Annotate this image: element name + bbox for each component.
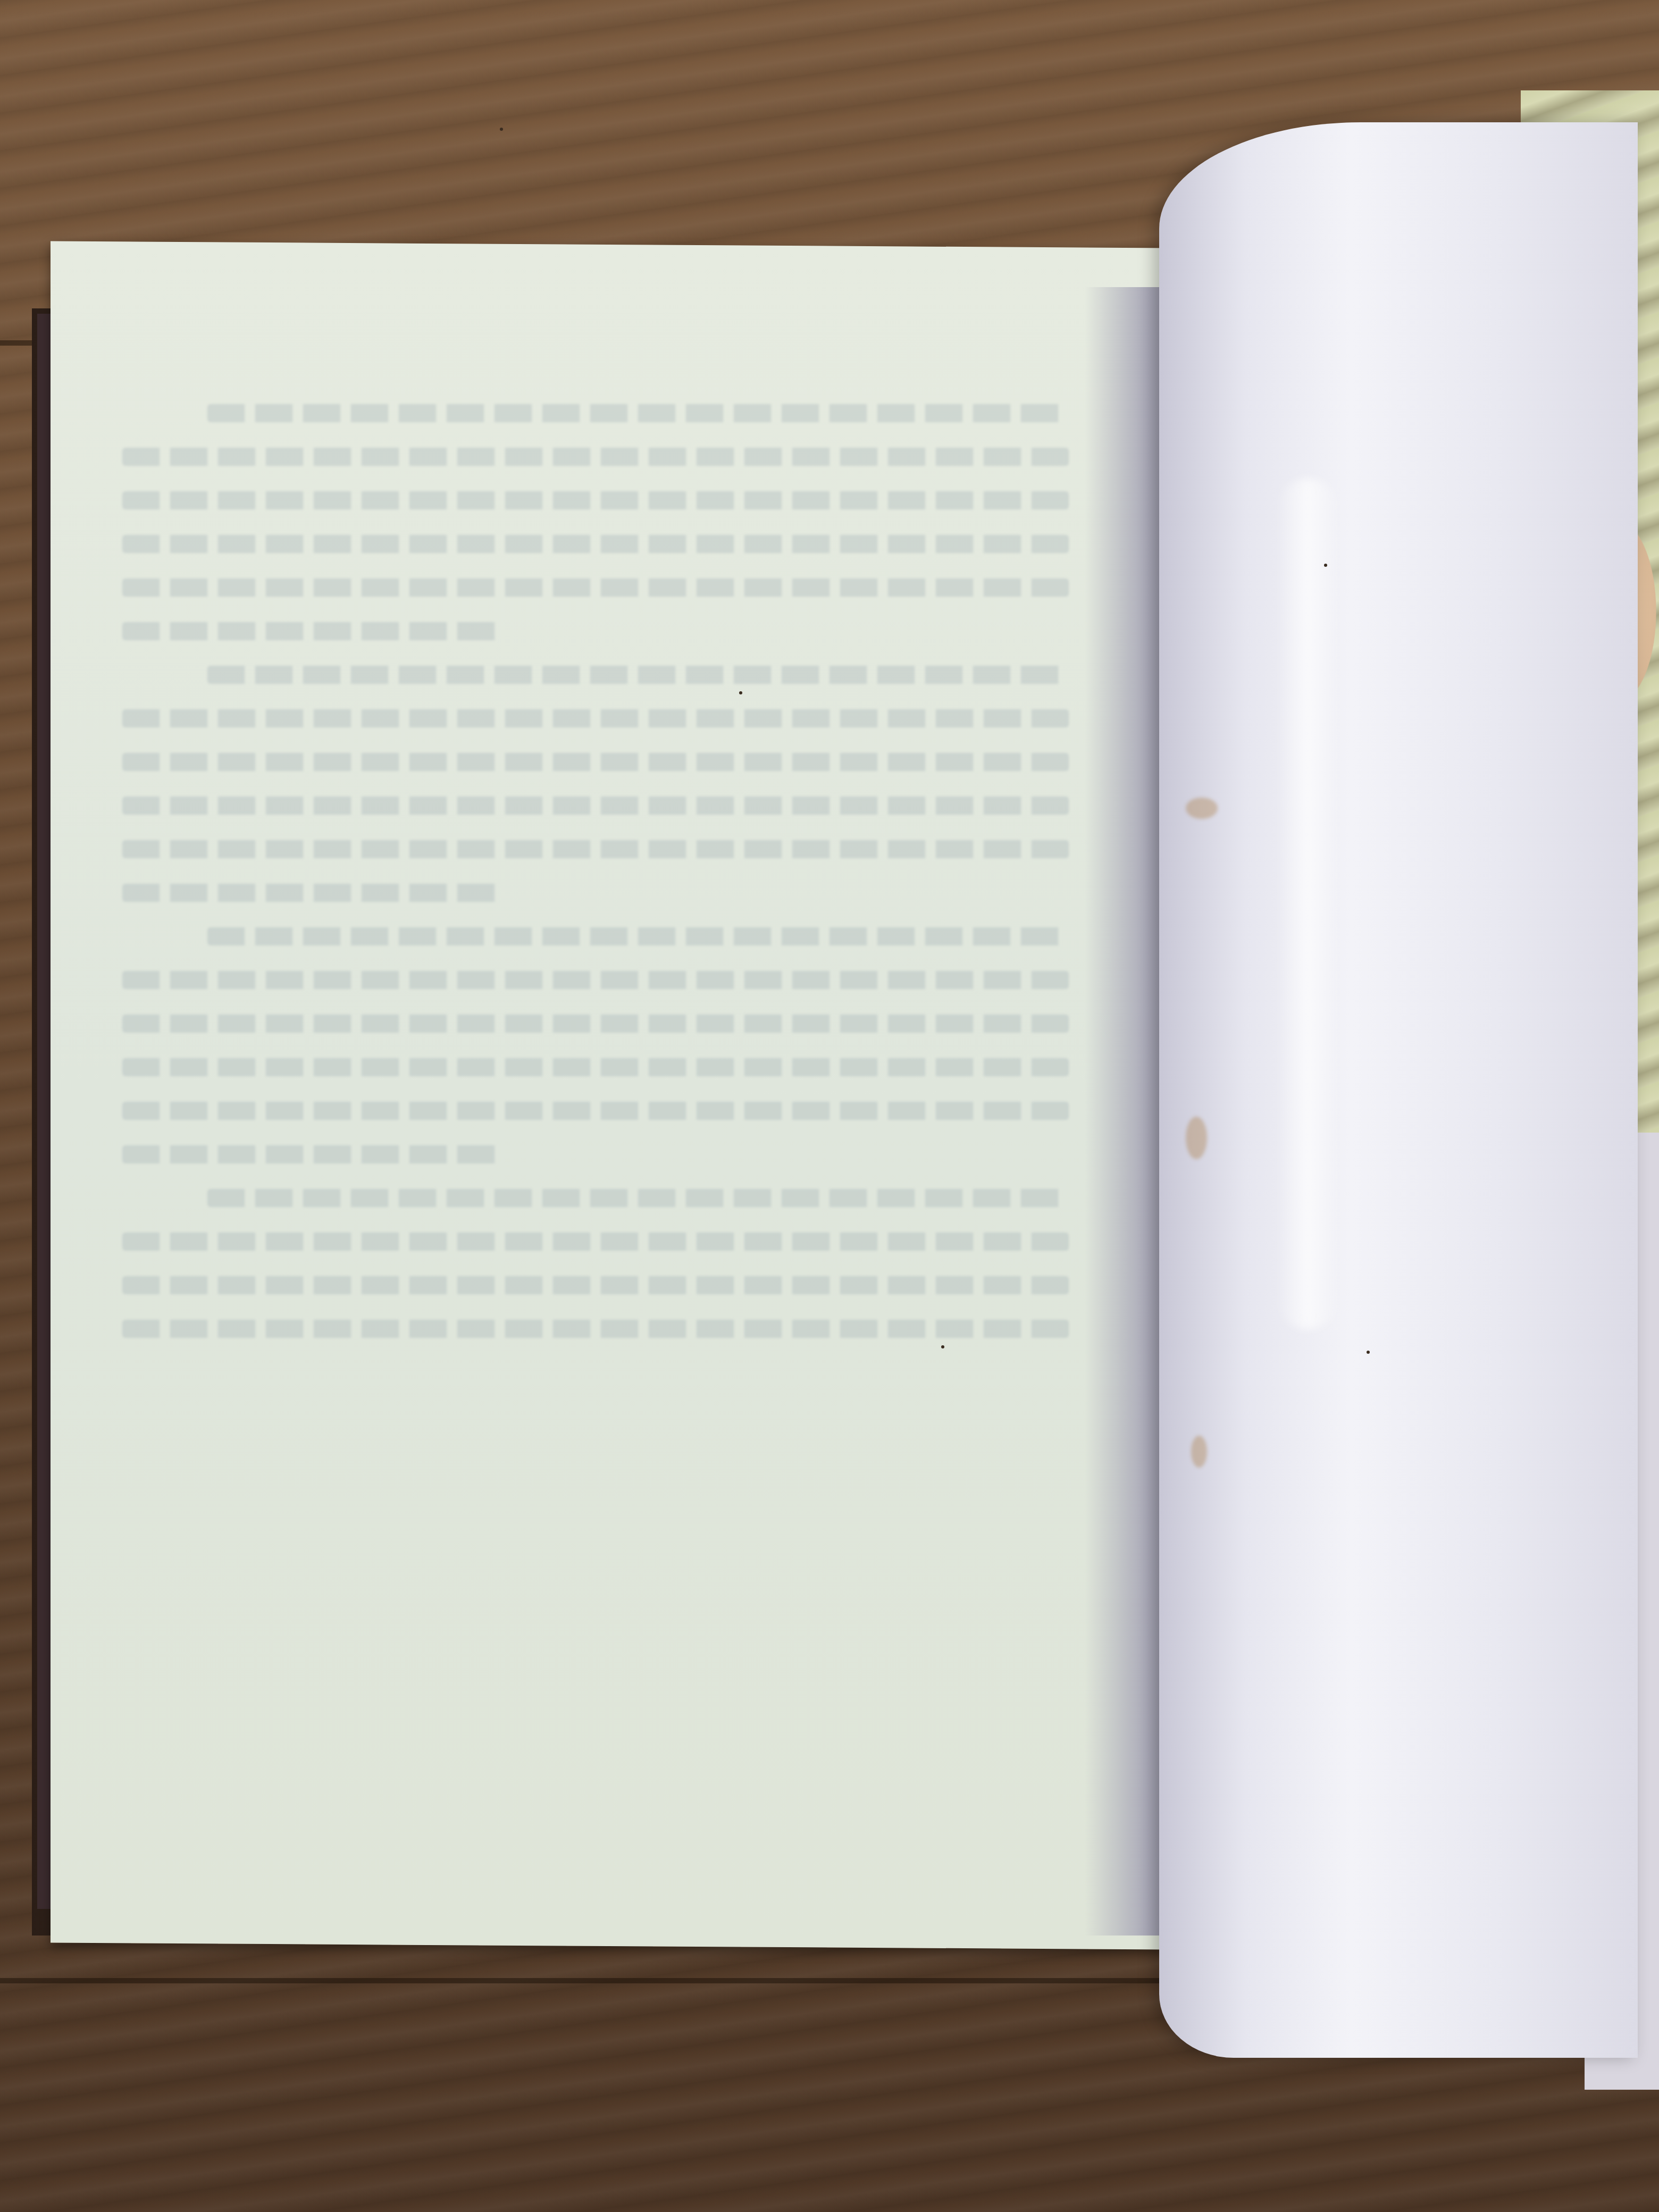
bleed-through-line: [122, 1015, 1069, 1033]
bleed-through-line: [122, 1320, 1069, 1338]
bleed-through-line: [122, 622, 501, 640]
bleed-through-line: [122, 709, 1069, 727]
dust-speck: [739, 691, 742, 694]
bleed-through-line: [122, 840, 1069, 858]
bleed-through-line: [122, 1276, 1069, 1294]
dust-speck: [941, 1345, 944, 1348]
bleed-through-line: [122, 971, 1069, 989]
bleed-through-line: [122, 797, 1069, 815]
dust-speck: [500, 128, 503, 131]
bleed-through-line: [207, 404, 1069, 422]
bleed-through-line: [122, 579, 1069, 597]
bleed-through-line: [122, 884, 501, 902]
bleed-through-line: [122, 1058, 1069, 1076]
curled-page: [1159, 122, 1638, 2058]
bleed-through-line: [122, 1102, 1069, 1120]
bleed-through-line: [122, 535, 1069, 553]
page-sheen: [1276, 479, 1340, 1329]
bleed-through-line: [122, 1233, 1069, 1251]
bleed-through-line: [122, 753, 1069, 771]
dust-speck: [1367, 1351, 1370, 1354]
bleed-through-line: [122, 448, 1069, 466]
foxing-stain: [1186, 798, 1218, 819]
foxing-stain: [1191, 1436, 1207, 1468]
foxing-stain: [1186, 1117, 1207, 1159]
bleed-through-line: [207, 666, 1069, 684]
bleed-through-line: [122, 1145, 501, 1163]
bleed-through-text: [122, 404, 1069, 1338]
bleed-through-line: [122, 491, 1069, 509]
bleed-through-line: [207, 927, 1069, 945]
dust-speck: [1324, 564, 1327, 567]
bleed-through-line: [207, 1189, 1069, 1207]
